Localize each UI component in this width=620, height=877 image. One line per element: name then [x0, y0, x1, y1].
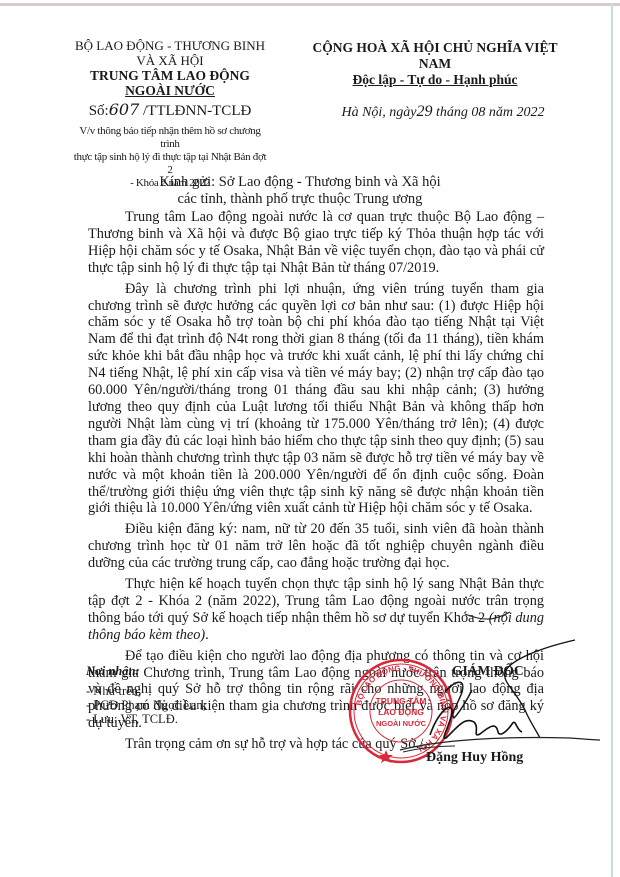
subject-line1: V/v thông báo tiếp nhận thêm hồ sơ chươn… [70, 125, 270, 151]
distribution-item: - PGĐ Phạm Ngọc Lan; [86, 698, 206, 712]
doc-no-prefix: Số: [89, 103, 109, 119]
doc-no-suffix: /TTLĐNN-TCLĐ [139, 103, 251, 119]
document-date: Hà Nội, ngày29 tháng 08 năm 2022 [318, 103, 568, 121]
distribution-item: - Như trên; [86, 684, 206, 698]
national-motto: Độc lập - Tự do - Hạnh phúc [300, 72, 570, 88]
issuer-name-line1: TRUNG TÂM LAO ĐỘNG [70, 68, 270, 83]
body-paragraph: Trung tâm Lao động ngoài nước là cơ quan… [88, 209, 544, 277]
ministry-name-line2: VÀ XÃ HỘI [70, 53, 270, 68]
body-paragraph: Điều kiện đăng ký: nam, nữ từ 20 đến 35 … [88, 521, 544, 572]
handwritten-signature-icon [240, 600, 600, 770]
nation-name: CỘNG HOÀ XÃ HỘI CHỦ NGHĨA VIỆT NAM [300, 40, 570, 72]
distribution-title: Nơi nhận: [86, 664, 206, 678]
signer-name: Đặng Huy Hồng [426, 750, 523, 766]
addressee-line2: các tỉnh, thành phố trực thuộc Trung ươn… [80, 191, 520, 208]
ministry-name-line1: BỘ LAO ĐỘNG - THƯƠNG BINH [70, 38, 270, 53]
doc-no-handwritten: 607 [109, 100, 140, 119]
body-paragraph: Đây là chương trình phi lợi nhuận, ứng v… [88, 281, 544, 518]
date-day-handwritten: 29 [417, 103, 433, 120]
page-right-edge [611, 3, 613, 877]
date-suffix: tháng 08 năm 2022 [433, 105, 545, 120]
distribution-list: Nơi nhận: - Như trên; - PGĐ Phạm Ngọc La… [86, 664, 206, 726]
addressee-line1: Kính gửi: Sở Lao động - Thương binh và X… [80, 174, 520, 191]
national-header: CỘNG HOÀ XÃ HỘI CHỦ NGHĨA VIỆT NAM Độc l… [300, 40, 570, 88]
page-top-edge [0, 3, 620, 6]
distribution-item: - Lưu: VT, TCLĐ. [86, 712, 206, 726]
issuer-header: BỘ LAO ĐỘNG - THƯƠNG BINH VÀ XÃ HỘI TRUN… [70, 38, 270, 190]
document-number: Số:607 /TTLĐNN-TCLĐ [70, 102, 270, 119]
date-prefix: Hà Nội, ngày [341, 105, 416, 120]
paragraph-end: . [205, 627, 209, 643]
addressee: Kính gửi: Sở Lao động - Thương binh và X… [80, 174, 520, 208]
issuer-name-line2: NGOÀI NƯỚC [70, 83, 270, 98]
